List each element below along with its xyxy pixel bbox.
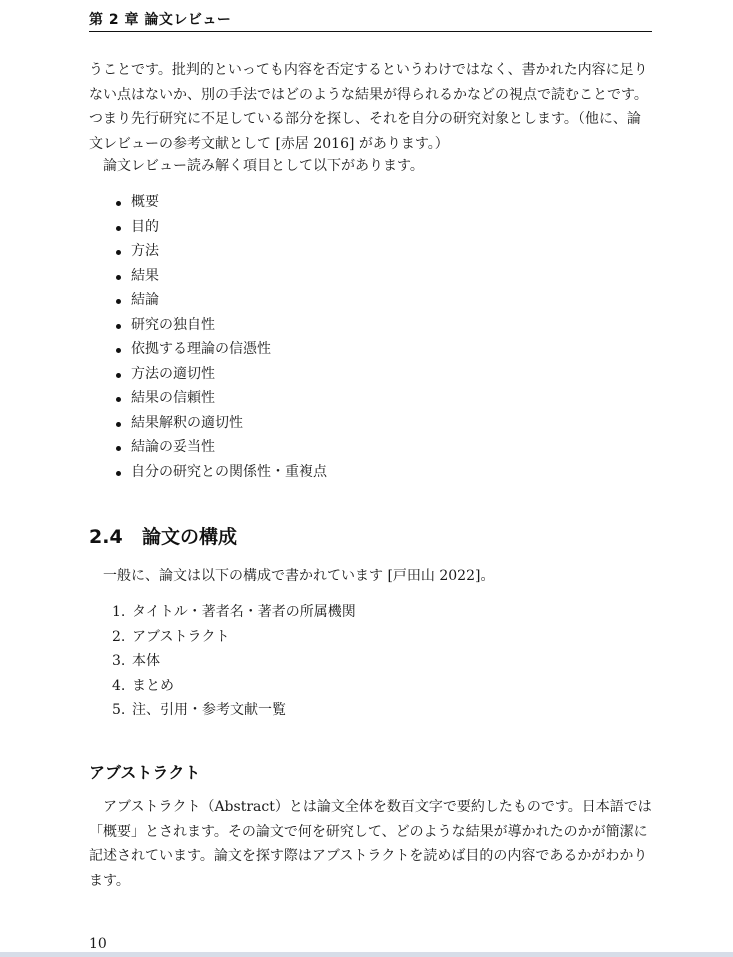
paragraph-structure-intro: 一般に、論文は以下の構成で書かれています [戸田山 2022]。 — [89, 564, 654, 589]
paragraph-critical-reading: うことです。批判的といっても内容を否定するというわけではなく、書かれた内容に足り… — [89, 58, 654, 156]
list-item-label: 自分の研究との関係性・重複点 — [131, 464, 327, 480]
section-title: 論文の構成 — [142, 526, 237, 548]
viewer-bottom-edge — [0, 952, 733, 957]
bullet-icon — [116, 201, 121, 206]
text-line: アブストラクト（Abstract）とは論文全体を数百文字で要約したものです。日本… — [89, 795, 654, 820]
list-item-label: アブストラクト — [132, 629, 229, 645]
bullet-icon — [116, 422, 121, 427]
list-item: 依拠する理論の信憑性 — [100, 337, 327, 362]
list-item-label: 注、引用・参考文献一覧 — [132, 702, 286, 718]
text-line: ない点はないか、別の手法ではどのような結果が得られるかなどの視点で読むことです。 — [89, 83, 654, 108]
list-item: 結論の妥当性 — [100, 435, 327, 460]
text-line: つまり先行研究に不足している部分を探し、それを自分の研究対象とします。（他に、論 — [89, 107, 654, 132]
item-number: 2. — [112, 625, 132, 650]
section-heading: 2.4論文の構成 — [89, 522, 237, 549]
paragraph-review-items-intro: 論文レビュー読み解く項目として以下があります。 — [89, 154, 654, 179]
list-item: 方法の適切性 — [100, 362, 327, 387]
text-line: 記述されています。論文を探す際はアブストラクトを読めば目的の内容であるかがわかり — [89, 844, 654, 869]
list-item-label: まとめ — [132, 678, 174, 694]
paragraph-abstract: アブストラクト（Abstract）とは論文全体を数百文字で要約したものです。日本… — [89, 795, 654, 893]
bullet-icon — [116, 397, 121, 402]
list-item-label: 目的 — [131, 219, 159, 235]
bullet-icon — [116, 471, 121, 476]
list-item-label: 概要 — [131, 194, 159, 210]
bullet-icon — [116, 324, 121, 329]
list-item-label: 本体 — [132, 653, 160, 669]
list-item-label: 方法 — [131, 243, 159, 259]
list-item-label: 結果 — [131, 268, 159, 284]
list-item-label: 結果の信頼性 — [131, 390, 215, 406]
list-item-label: 結論 — [131, 292, 159, 308]
list-item: 目的 — [100, 215, 327, 240]
item-number: 1. — [112, 600, 132, 625]
list-item-label: 結果解釈の適切性 — [131, 415, 243, 431]
paper-structure-list: 1.タイトル・著者名・著者の所属機関 2.アブストラクト 3.本体 4.まとめ … — [112, 600, 356, 723]
list-item-label: 研究の独自性 — [131, 317, 215, 333]
list-item-label: タイトル・著者名・著者の所属機関 — [132, 604, 356, 620]
bullet-icon — [116, 250, 121, 255]
section-number: 2.4 — [89, 526, 142, 548]
item-number: 4. — [112, 674, 132, 699]
list-item-label: 方法の適切性 — [131, 366, 215, 382]
list-item: 結論 — [100, 288, 327, 313]
list-item: 4.まとめ — [112, 674, 356, 699]
list-item: 1.タイトル・著者名・著者の所属機関 — [112, 600, 356, 625]
list-item: 自分の研究との関係性・重複点 — [100, 460, 327, 485]
list-item: 概要 — [100, 190, 327, 215]
text-line: うことです。批判的といっても内容を否定するというわけではなく、書かれた内容に足り — [89, 58, 654, 83]
text-line: 文レビューの参考文献として [赤居 2016] があります。） — [89, 132, 654, 157]
list-item: 結果解釈の適切性 — [100, 411, 327, 436]
list-item: 結果 — [100, 264, 327, 289]
list-item-label: 依拠する理論の信憑性 — [131, 341, 271, 357]
item-number: 5. — [112, 698, 132, 723]
list-item: 方法 — [100, 239, 327, 264]
list-item: 3.本体 — [112, 649, 356, 674]
review-items-list: 概要 目的 方法 結果 結論 研究の独自性 依拠する理論の信憑性 方法の適切性 … — [100, 190, 327, 484]
list-item: 2.アブストラクト — [112, 625, 356, 650]
bullet-icon — [116, 226, 121, 231]
subsection-heading: アブストラクト — [89, 760, 200, 783]
running-head: 第 2 章 論文レビュー — [89, 9, 652, 29]
bullet-icon — [116, 348, 121, 353]
bullet-icon — [116, 446, 121, 451]
bullet-icon — [116, 299, 121, 304]
item-number: 3. — [112, 649, 132, 674]
list-item: 結果の信頼性 — [100, 386, 327, 411]
page-number: 10 — [89, 936, 107, 952]
text-line: 「概要」とされます。その論文で何を研究して、どのような結果が導かれたのかが簡潔に — [89, 820, 654, 845]
text-line: ます。 — [89, 869, 654, 894]
list-item-label: 結論の妥当性 — [131, 439, 215, 455]
header-rule — [89, 31, 652, 32]
bullet-icon — [116, 373, 121, 378]
list-item: 研究の独自性 — [100, 313, 327, 338]
list-item: 5.注、引用・参考文献一覧 — [112, 698, 356, 723]
bullet-icon — [116, 275, 121, 280]
